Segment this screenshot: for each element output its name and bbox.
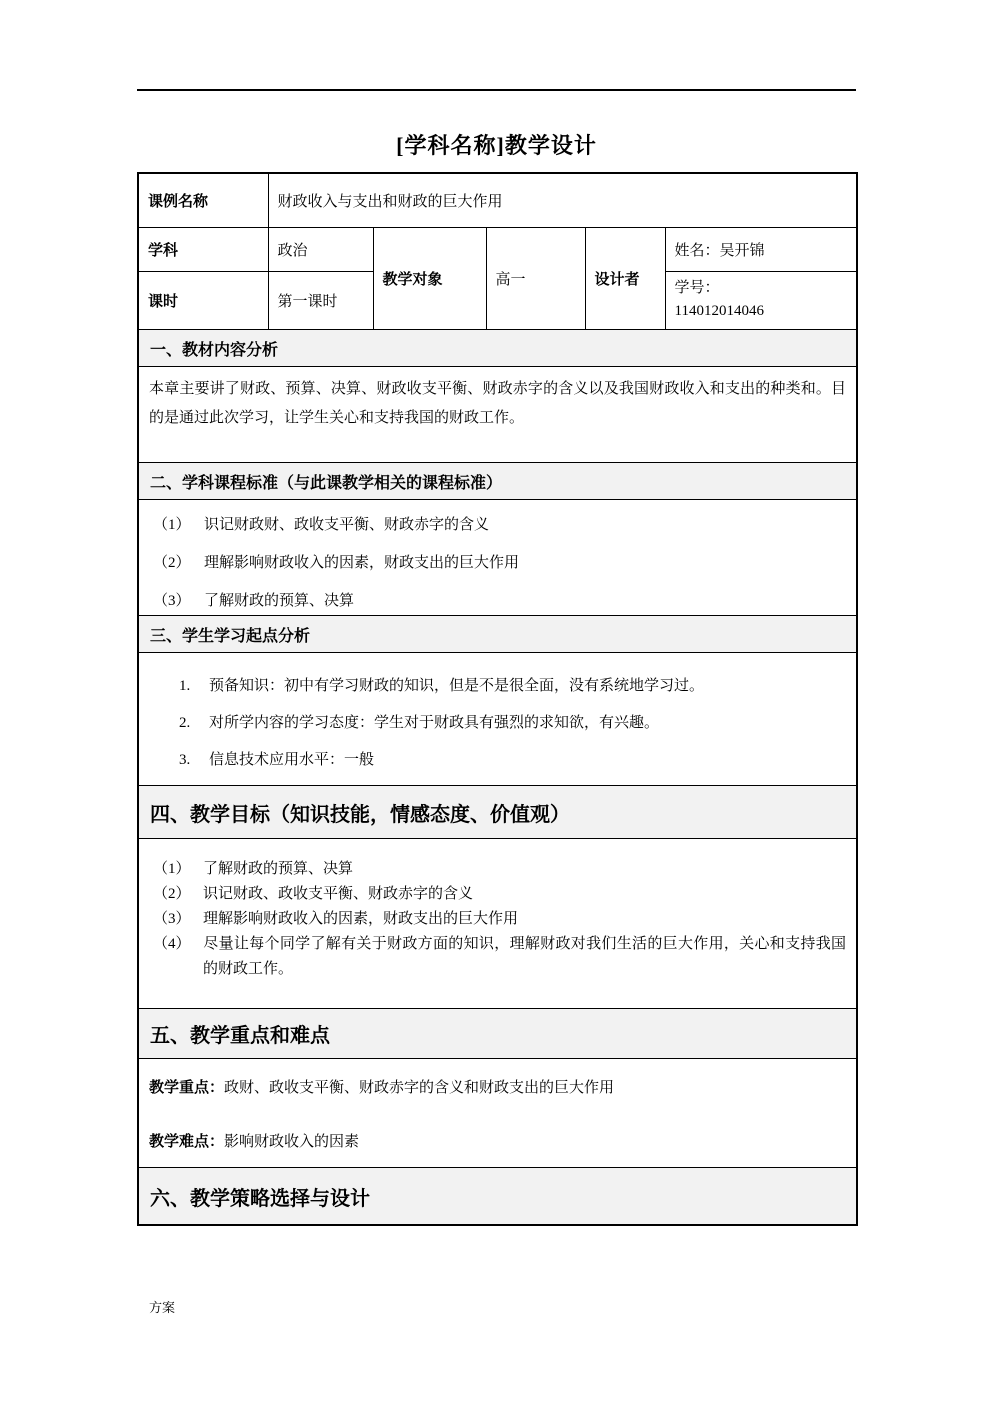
list-item-marker: （1） (153, 857, 203, 882)
table-row: 课例名称 财政收入与支出和财政的巨大作用 (138, 173, 857, 228)
section-5-heading: 五、教学重点和难点 (138, 1009, 857, 1059)
table-row: 学科 政治 教学对象 高一 设计者 姓名：吴开锦 (138, 228, 857, 272)
audience-value: 高一 (486, 228, 585, 330)
list-item-text: 信息技术应用水平：一般 (209, 752, 374, 768)
section-5-body: 教学重点：政财、政收支平衡、财政赤字的含义和财政支出的巨大作用 教学难点：影响财… (138, 1059, 857, 1168)
list-item: 2.对所学内容的学习态度：学生对于财政具有强烈的求知欲，有兴趣。 (149, 714, 846, 733)
section-2-heading: 二、学科课程标准（与此课教学相关的课程标准） (138, 463, 857, 500)
list-item-text: 尽量让每个同学了解有关于财政方面的知识，理解财政对我们生活的巨大作用，关心和支持… (203, 936, 846, 977)
section-6-heading: 六、教学策略选择与设计 (138, 1168, 857, 1226)
designer-id-value: 114012014046 (675, 300, 848, 323)
list-item: （3）了解财政的预算、决算 (149, 592, 846, 611)
difficult-point-line: 教学难点：影响财政收入的因素 (149, 1131, 846, 1153)
table-row: 1.预备知识：初中有学习财政的知识，但是不是很全面，没有系统地学习过。 2.对所… (138, 653, 857, 786)
section-2-body: （1）识记财政财、政收支平衡、财政赤字的含义 （2）理解影响财政收入的因素，财政… (138, 500, 857, 616)
table-row: 四、教学目标（知识技能，情感态度、价值观） (138, 786, 857, 839)
list-item-text: 识记财政财、政收支平衡、财政赤字的含义 (204, 517, 489, 533)
section-4-body: （1）了解财政的预算、决算 （2）识记财政、政收支平衡、财政赤字的含义 （3）理… (138, 839, 857, 1009)
difficult-point-text: 影响财政收入的因素 (224, 1134, 359, 1150)
section-4-heading: 四、教学目标（知识技能，情感态度、价值观） (138, 786, 857, 839)
list-item-marker: （3） (153, 592, 204, 611)
list-item: 1.预备知识：初中有学习财政的知识，但是不是很全面，没有系统地学习过。 (149, 677, 846, 696)
table-row: （1）识记财政财、政收支平衡、财政赤字的含义 （2）理解影响财政收入的因素，财政… (138, 500, 857, 616)
list-item-marker: （1） (153, 516, 204, 535)
footer-note: 方案 (149, 1297, 175, 1316)
section-3-heading: 三、学生学习起点分析 (138, 616, 857, 653)
period-value: 第一课时 (268, 272, 373, 330)
list-item-text: 理解影响财政收入的因素，财政支出的巨大作用 (204, 555, 519, 571)
audience-label: 教学对象 (373, 228, 486, 330)
designer-id-cell: 学号： 114012014046 (665, 272, 857, 330)
list-item-marker: 3. (179, 751, 209, 770)
list-item-text: 了解财政的预算、决算 (204, 593, 354, 609)
list-item-marker: （2） (153, 882, 203, 907)
list-item: （2）理解影响财政收入的因素，财政支出的巨大作用 (149, 554, 846, 573)
list-item-marker: 2. (179, 714, 209, 733)
header-divider-rule (137, 89, 856, 91)
table-row: 教学重点：政财、政收支平衡、财政赤字的含义和财政支出的巨大作用 教学难点：影响财… (138, 1059, 857, 1168)
subject-value: 政治 (268, 228, 373, 272)
list-item: （1）了解财政的预算、决算 (149, 857, 846, 882)
section-3-body: 1.预备知识：初中有学习财政的知识，但是不是很全面，没有系统地学习过。 2.对所… (138, 653, 857, 786)
key-point-label: 教学重点： (149, 1080, 224, 1096)
table-row: 五、教学重点和难点 (138, 1009, 857, 1059)
list-item-marker: （3） (153, 907, 203, 932)
table-row: 二、学科课程标准（与此课教学相关的课程标准） (138, 463, 857, 500)
teaching-design-table: 课例名称 财政收入与支出和财政的巨大作用 学科 政治 教学对象 高一 设计者 姓… (137, 172, 858, 1226)
designer-id-label: 学号： (675, 277, 848, 300)
period-label: 课时 (138, 272, 268, 330)
list-item: （3）理解影响财政收入的因素，财政支出的巨大作用 (149, 907, 846, 932)
lesson-name-label: 课例名称 (138, 173, 268, 228)
subject-label: 学科 (138, 228, 268, 272)
designer-name: 姓名：吴开锦 (665, 228, 857, 272)
table-row: 六、教学策略选择与设计 (138, 1168, 857, 1226)
lesson-name-value: 财政收入与支出和财政的巨大作用 (268, 173, 857, 228)
list-item-marker: （4） (153, 932, 203, 957)
list-item: （1）识记财政财、政收支平衡、财政赤字的含义 (149, 516, 846, 535)
list-item-text: 预备知识：初中有学习财政的知识，但是不是很全面，没有系统地学习过。 (209, 678, 704, 694)
list-item-text: 对所学内容的学习态度：学生对于财政具有强烈的求知欲，有兴趣。 (209, 715, 659, 731)
table-row: 本章主要讲了财政、预算、决算、财政收支平衡、财政赤字的含义以及我国财政收入和支出… (138, 367, 857, 463)
page-title: [学科名称]教学设计 (0, 129, 993, 160)
section-1-heading: 一、教材内容分析 (138, 330, 857, 367)
table-row: 一、教材内容分析 (138, 330, 857, 367)
section-1-body: 本章主要讲了财政、预算、决算、财政收支平衡、财政赤字的含义以及我国财政收入和支出… (138, 367, 857, 463)
list-item: （2）识记财政、政收支平衡、财政赤字的含义 (149, 882, 846, 907)
document-page: [学科名称]教学设计 课例名称 财政收入与支出和财政的巨大作用 学科 政治 教学… (0, 0, 993, 1404)
key-point-line: 教学重点：政财、政收支平衡、财政赤字的含义和财政支出的巨大作用 (149, 1077, 846, 1099)
list-item-text: 理解影响财政收入的因素，财政支出的巨大作用 (203, 911, 518, 927)
list-item-marker: （2） (153, 554, 204, 573)
table-row: 三、学生学习起点分析 (138, 616, 857, 653)
designer-label: 设计者 (585, 228, 665, 330)
section-1-paragraph: 本章主要讲了财政、预算、决算、财政收支平衡、财政赤字的含义以及我国财政收入和支出… (149, 375, 846, 433)
list-item-text: 了解财政的预算、决算 (203, 861, 353, 877)
list-item-marker: 1. (179, 677, 209, 696)
key-point-text: 政财、政收支平衡、财政赤字的含义和财政支出的巨大作用 (224, 1080, 614, 1096)
list-item-text: 识记财政、政收支平衡、财政赤字的含义 (203, 886, 473, 902)
difficult-point-label: 教学难点： (149, 1134, 224, 1150)
list-item: 3.信息技术应用水平：一般 (149, 751, 846, 770)
table-row: （1）了解财政的预算、决算 （2）识记财政、政收支平衡、财政赤字的含义 （3）理… (138, 839, 857, 1009)
list-item: （4）尽量让每个同学了解有关于财政方面的知识，理解财政对我们生活的巨大作用，关心… (149, 932, 846, 982)
